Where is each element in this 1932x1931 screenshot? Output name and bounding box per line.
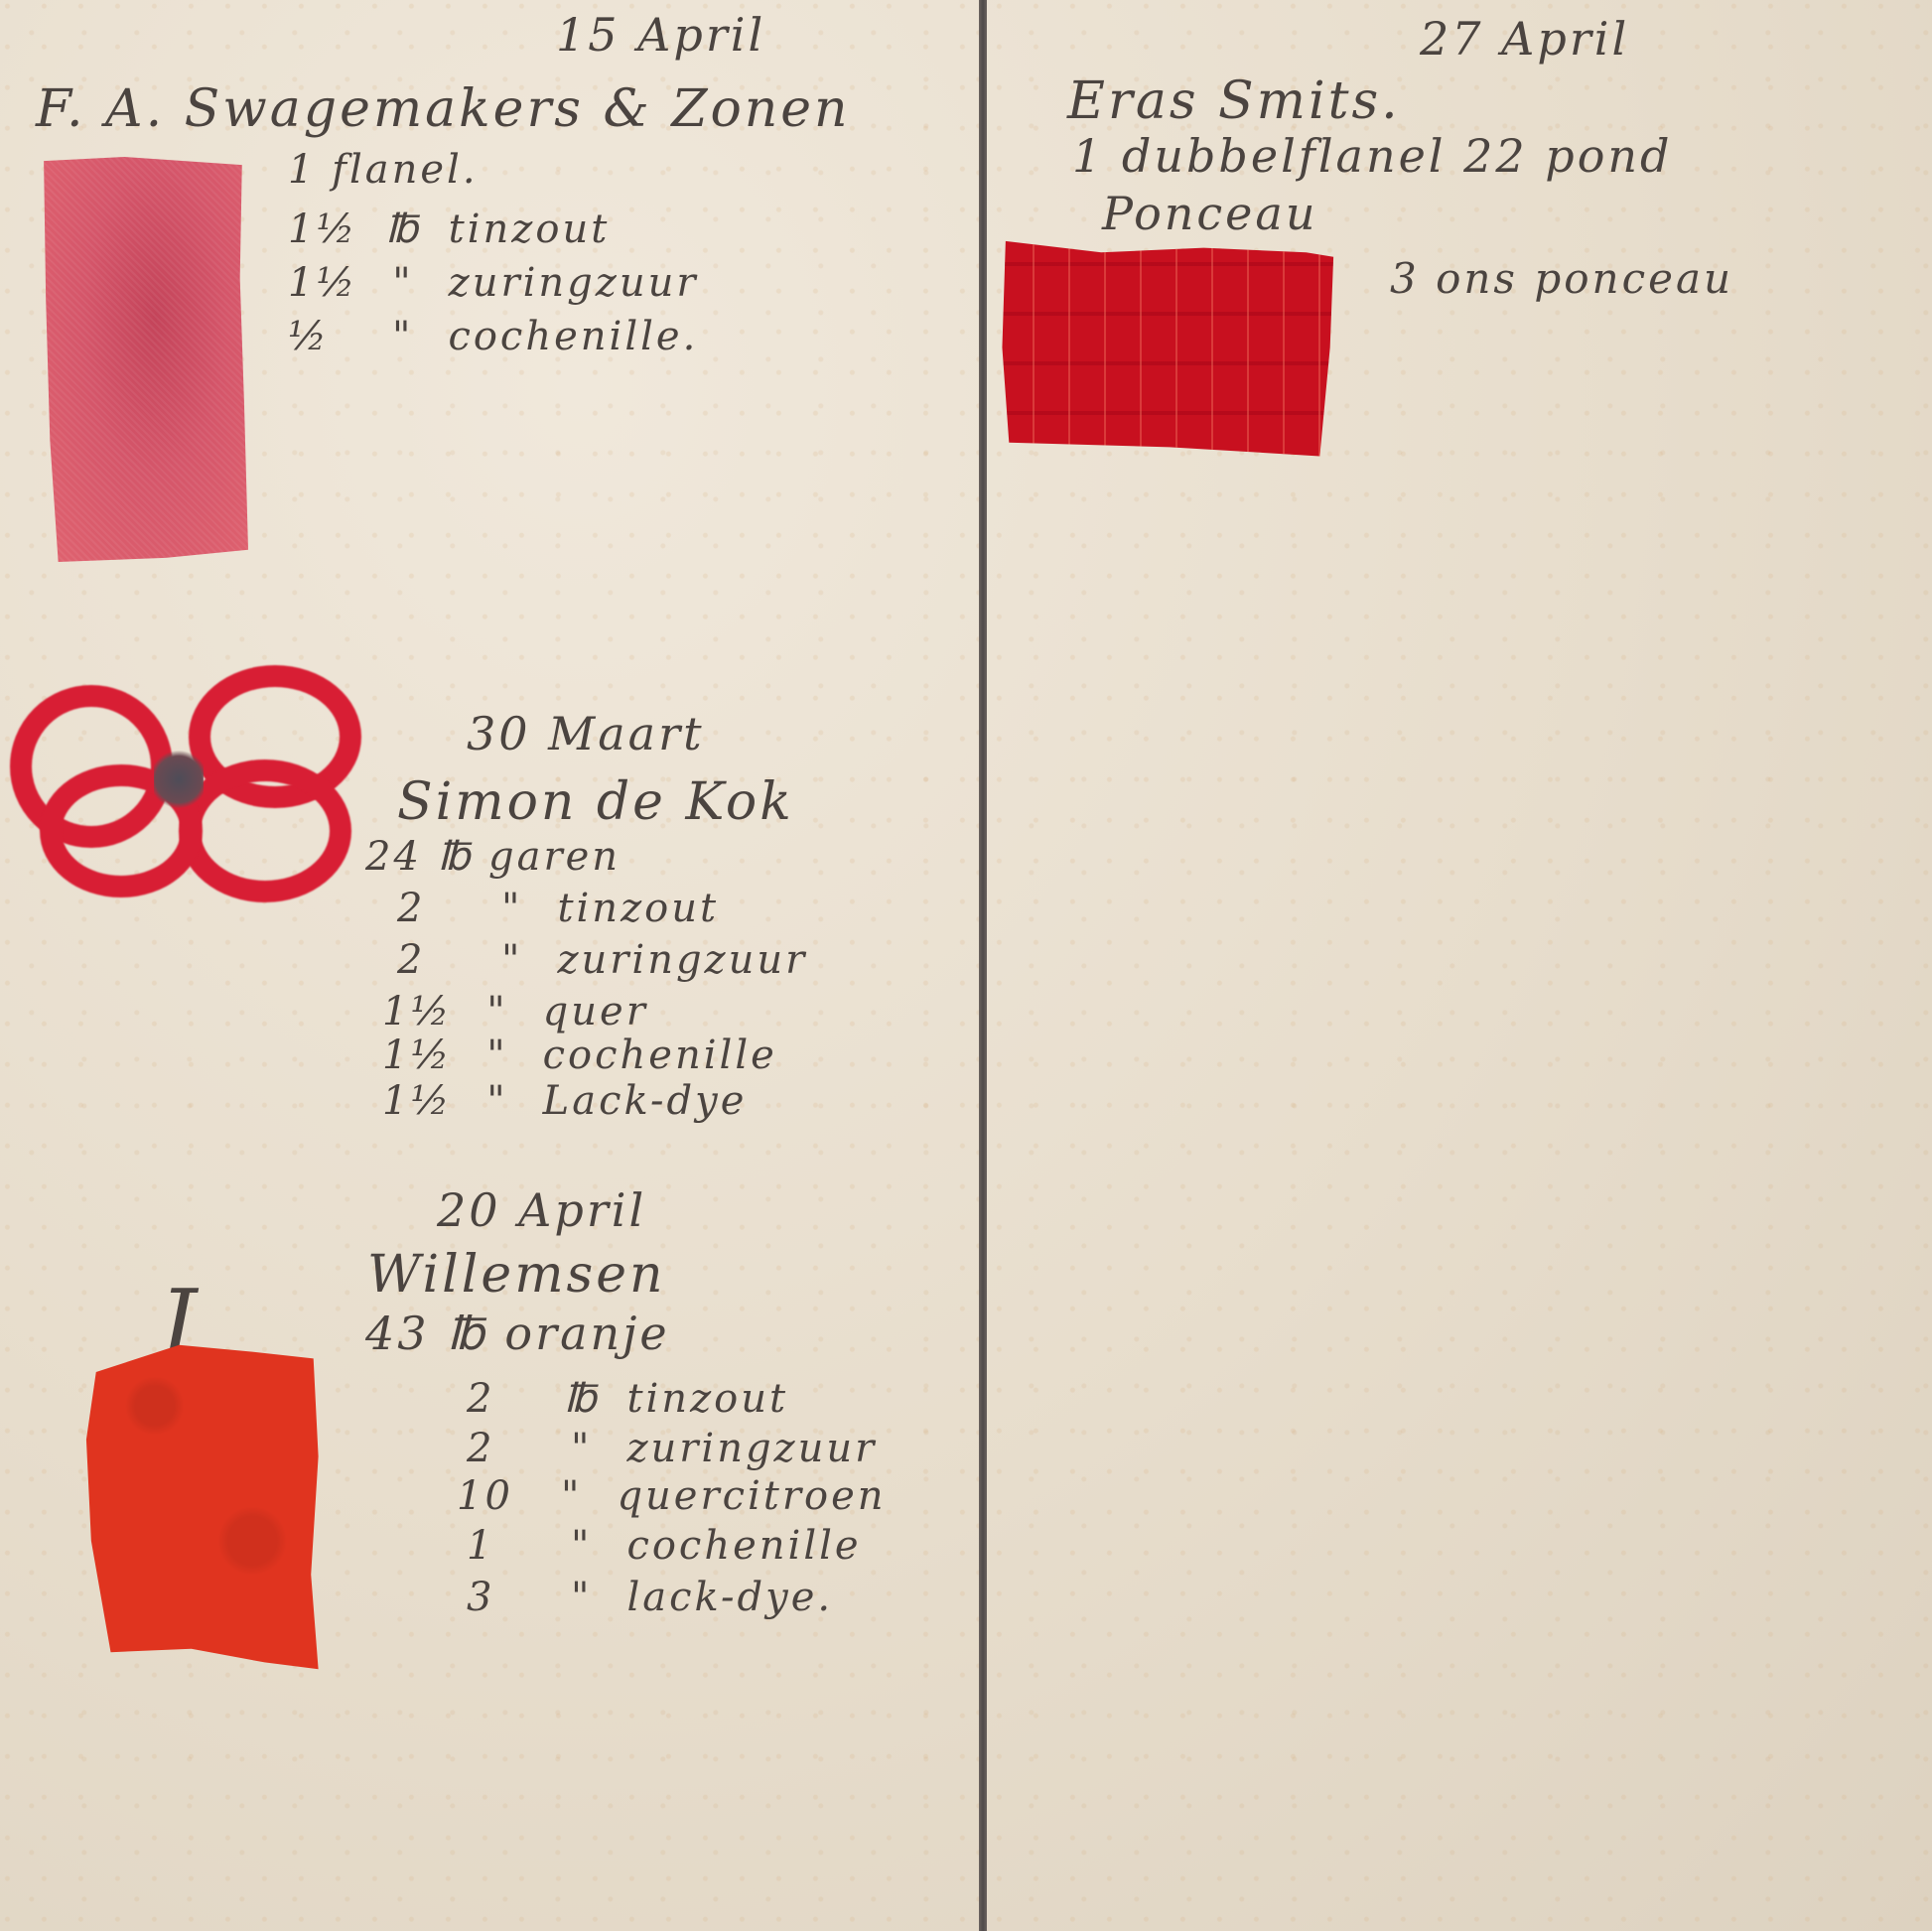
ingredient-qty: 2 xyxy=(467,1426,536,1471)
ingredient-line: 1 " cochenille xyxy=(467,1523,862,1569)
ingredient-unit: " xyxy=(552,1523,612,1569)
ingredient-line: 1½ " cochenille xyxy=(382,1033,777,1078)
ingredient-name: cochenille. xyxy=(448,314,698,359)
entry-material: 1 dubbelflanel 22 pond xyxy=(1072,129,1673,183)
ingredient-qty: ½ xyxy=(288,314,357,359)
ingredient-qty: 3 xyxy=(467,1575,536,1620)
ingredient-unit: " xyxy=(373,260,433,306)
ingredient-name: zuringzuur xyxy=(449,260,699,306)
ingredient-unit: " xyxy=(552,1575,612,1620)
entry-material: 24 ℔ garen xyxy=(365,834,621,880)
ingredient-qty: 3 xyxy=(1390,254,1420,303)
entry-customer: Willemsen xyxy=(367,1245,665,1305)
ingredient-qty: 1 xyxy=(467,1523,536,1569)
ingredient-line: 1½ ℔ tinzout xyxy=(288,207,610,252)
ingredient-unit: " xyxy=(552,1426,612,1471)
entry-material: 43 ℔ oranje xyxy=(365,1307,670,1360)
ingredient-line: 1½ " zuringzuur xyxy=(288,260,699,306)
ingredient-line: 2 " zuringzuur xyxy=(397,937,807,983)
ingredient-unit: " xyxy=(468,1078,527,1124)
ingredient-name: cochenille xyxy=(626,1523,861,1569)
ingredient-qty: 1½ xyxy=(288,207,357,252)
ingredient-name: quer xyxy=(543,989,648,1034)
entry-customer: Eras Smits. xyxy=(1067,71,1401,131)
ingredient-unit: " xyxy=(483,886,542,931)
entry-customer: F. A. Swagemakers & Zonen xyxy=(36,79,851,139)
ingredient-line: 10 " quercitroen xyxy=(457,1473,887,1519)
entry-customer: Simon de Kok xyxy=(397,772,794,832)
ingredient-line: 2 " zuringzuur xyxy=(467,1426,877,1471)
yarn-swatch-red-bow xyxy=(10,665,352,884)
ingredient-line: 1½ " Lack-dye xyxy=(382,1078,747,1124)
entry-date: 15 April xyxy=(556,8,765,62)
ingredient-unit: ℔ xyxy=(373,207,433,252)
ingredient-qty: 10 xyxy=(457,1473,526,1519)
column-divider-rule xyxy=(979,0,987,1931)
ingredient-line: ½ " cochenille. xyxy=(288,314,698,359)
ingredient-qty: 2 xyxy=(397,937,467,983)
ledger-page: 15 April F. A. Swagemakers & Zonen 1 fla… xyxy=(0,0,1932,1931)
ingredient-name: zuringzuur xyxy=(626,1426,877,1471)
ingredient-name: Lack-dye xyxy=(543,1078,748,1124)
ingredient-name: quercitroen xyxy=(617,1473,886,1519)
ingredient-qty: 1½ xyxy=(288,260,357,306)
ingredient-line: 2 " tinzout xyxy=(397,886,719,931)
ingredient-name: tinzout xyxy=(557,886,719,931)
ingredient-line: 3 " lack-dye. xyxy=(467,1575,833,1620)
ingredient-qty: 2 xyxy=(467,1376,536,1422)
ingredient-qty: 1½ xyxy=(382,989,452,1034)
ingredient-unit: " xyxy=(542,1473,602,1519)
ingredient-name: tinzout xyxy=(449,207,611,252)
ingredient-name: zuringzuur xyxy=(557,937,807,983)
ingredient-unit: " xyxy=(483,937,542,983)
ingredient-name: cochenille xyxy=(543,1033,777,1078)
ingredient-unit: " xyxy=(373,314,433,359)
yarn-knot xyxy=(154,750,204,809)
ingredient-unit: ons xyxy=(1436,254,1518,303)
ingredient-name: lack-dye. xyxy=(626,1575,833,1620)
fabric-swatch-pink-flannel xyxy=(42,157,248,562)
ingredient-line: 3 ons ponceau xyxy=(1390,254,1733,303)
ingredient-unit: " xyxy=(468,989,527,1034)
entry-material: 1 flanel. xyxy=(288,147,479,193)
ingredient-line: 2 ℔ tinzout xyxy=(467,1376,788,1422)
ingredient-unit: " xyxy=(468,1033,527,1078)
entry-date: 20 April xyxy=(437,1183,646,1237)
entry-date: 27 April xyxy=(1420,12,1629,66)
fabric-swatch-red-waffle xyxy=(999,234,1340,461)
ingredient-qty: 2 xyxy=(397,886,467,931)
entry-date: 30 Maart xyxy=(467,707,705,760)
ingredient-name: ponceau xyxy=(1534,254,1733,303)
ingredient-qty: 1½ xyxy=(382,1033,452,1078)
fabric-swatch-orange-felt xyxy=(81,1338,326,1676)
ingredient-qty: 1½ xyxy=(382,1078,452,1124)
entry-shade: Ponceau xyxy=(1102,187,1317,240)
ingredient-line: 1½ " quer xyxy=(382,989,648,1034)
ingredient-name: tinzout xyxy=(626,1376,788,1422)
ingredient-unit: ℔ xyxy=(552,1376,612,1422)
